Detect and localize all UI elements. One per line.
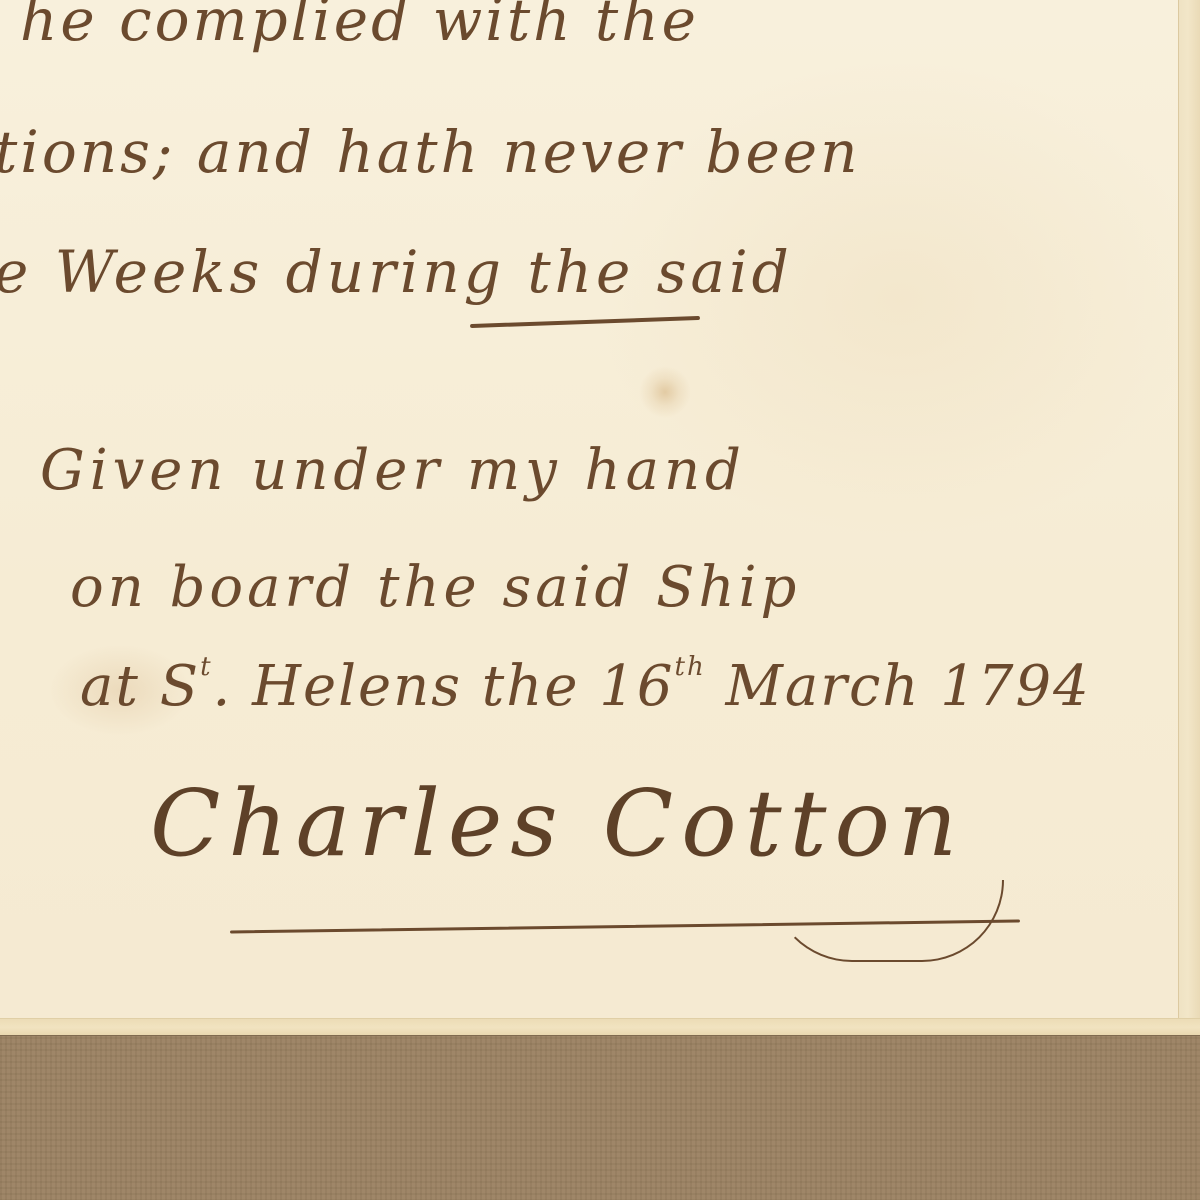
- date-middle: . Helens the 16: [213, 654, 675, 719]
- frame-border: [0, 1035, 1200, 1200]
- mat-right-edge: [1178, 0, 1200, 1035]
- text-line-date-place: at St. Helens the 16th March 1794: [80, 652, 1091, 719]
- th-superscript: th: [675, 652, 706, 682]
- date-suffix: March 1794: [706, 654, 1091, 719]
- text-line-on-board: on board the said Ship: [70, 555, 800, 620]
- st-superscript: t: [200, 652, 212, 682]
- date-prefix: at S: [80, 654, 200, 719]
- mat-border: [0, 1018, 1200, 1036]
- text-line-given-under-my-hand: Given under my hand: [40, 438, 746, 503]
- signature: Charles Cotton: [150, 770, 965, 877]
- text-line-3: e Weeks during the said: [0, 238, 793, 306]
- text-line-1: he complied with the: [20, 0, 699, 54]
- text-line-2: tions; and hath never been: [0, 118, 860, 186]
